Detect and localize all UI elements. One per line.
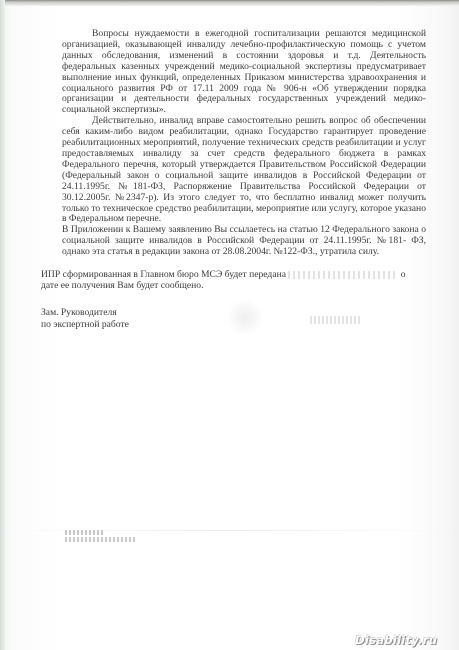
redacted-executor-note <box>65 530 140 542</box>
ipr-notice-text-start: ИПР сформированная в Главном бюро МСЭ бу… <box>41 269 286 280</box>
ipr-notice: ИПР сформированная в Главном бюро МСЭ бу… <box>41 270 421 292</box>
letter-body: Вопросы нуждаемости в ежегодной госпитал… <box>62 29 426 258</box>
scanned-letter-page: Вопросы нуждаемости в ежегодной госпитал… <box>0 0 459 650</box>
site-watermark: Disability.ru <box>355 633 437 647</box>
paragraph-article-12: В Приложении к Вашему заявлению Вы ссыла… <box>62 225 426 258</box>
paragraph-rehabilitation: Действительно, инвалид вправе самостояте… <box>62 116 426 225</box>
signer-title-line2: по экспертной работе <box>41 319 129 331</box>
scan-top-edge <box>0 0 459 6</box>
redacted-recipient <box>288 271 398 279</box>
signer-title-line1: Зам. Руководителя <box>41 307 129 319</box>
handwritten-signature <box>225 300 265 335</box>
paragraph-hospitalization: Вопросы нуждаемости в ежегодной госпитал… <box>62 29 426 116</box>
signature-block: Зам. Руководителя по экспертной работе <box>41 307 129 330</box>
redacted-signer-name <box>310 316 360 324</box>
scan-left-edge <box>0 0 5 650</box>
